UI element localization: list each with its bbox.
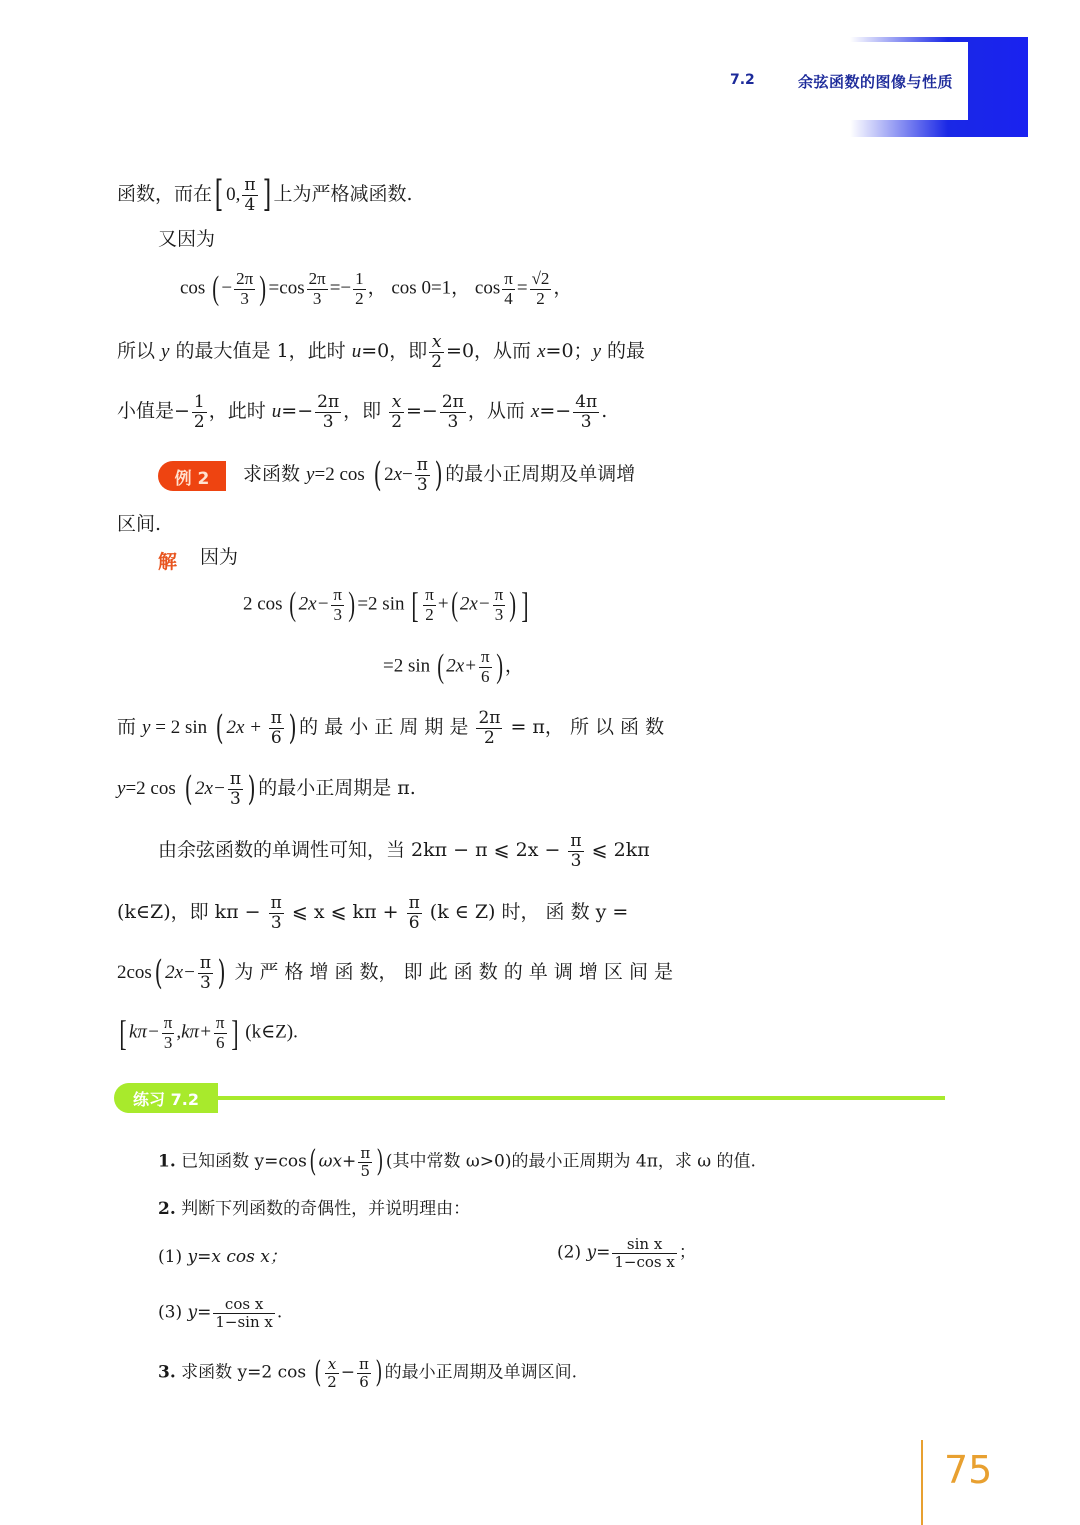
exercise-2-part-2: (2) y=sin x1−cos x； <box>557 1236 696 1270</box>
solution-period-1: 而 y = 2 sin (2x + π6)的 最 小 正 周 期 是 2π2 =… <box>117 709 664 747</box>
exercise-2: 2. 判断下列函数的奇偶性，并说明理由： <box>158 1201 470 1218</box>
text: 函数，而在 <box>117 183 212 205</box>
text: 上为严格减函数. <box>274 183 413 205</box>
solution-intro: 因为 <box>200 548 238 567</box>
solution-label: 解 <box>158 547 177 574</box>
bracket-right: ] <box>262 177 270 213</box>
solution-monotonic-1: 由余弦函数的单调性可知，当 2kπ − π ⩽ 2x − π3 ⩽ 2kπ <box>158 832 650 870</box>
page-number: 75 <box>944 1448 992 1492</box>
text-line-min: 小值是−12，此时 u=−2π3，即 x2=−2π3，从而 x=−4π3. <box>117 393 607 431</box>
example-2-question-cont: 区间. <box>117 515 161 534</box>
example-badge: 例 2 <box>158 461 226 491</box>
bracket-left: [ <box>215 177 223 213</box>
solution-monotonic-2: (k∈Z)，即 kπ − π3 ⩽ x ⩽ kπ + π6 (k ∈ Z) 时，… <box>117 894 628 932</box>
solution-period-2: y=2 cos (2x−π3)的最小正周期是 π. <box>117 770 416 808</box>
solution-monotonic-interval: [kπ−π3,kπ+π6] (k∈Z). <box>117 1014 298 1052</box>
solution-equation-2: =2 sin (2x+π6)， <box>383 648 524 686</box>
example-2-question: 求函数 y=2 cos (2x−π3)的最小正周期及单调增 <box>243 456 635 494</box>
fraction: π4 <box>242 176 257 214</box>
section-number: 7.2 <box>730 72 755 88</box>
text-line-max: 所以 y 的最大值是 1，此时 u=0，即x2=0，从而 x=0；y 的最 <box>117 333 645 371</box>
page-number-rule <box>921 1440 923 1525</box>
solution-equation-1: 2 cos (2x−π3)=2 sin [π2+(2x−π3)] <box>243 586 531 624</box>
exercise-2-part-1: (1) y=x cos x； <box>158 1249 287 1266</box>
exercise-2-part-3: (3) y=cos x1−sin x. <box>158 1296 282 1330</box>
math: 0, <box>226 184 240 205</box>
practice-divider <box>218 1096 945 1100</box>
solution-monotonic-3: 2cos(2x−π3) 为 严 格 增 函 数， 即 此 函 数 的 单 调 增… <box>117 954 673 992</box>
exercise-3: 3. 求函数 y=2 cos (x2−π6)的最小正周期及单调区间. <box>158 1356 577 1390</box>
equation-cos-values: cos (−2π3)=cos2π3=−12， cos 0=1， cosπ4=√2… <box>180 270 572 308</box>
text-line-2: 又因为 <box>158 230 215 249</box>
exercise-1: 1. 已知函数 y=cos(ωx+π5)(其中常数 ω>0)的最小正周期为 4π… <box>158 1145 756 1179</box>
text-line-1: 函数，而在[0,π4]上为严格减函数. <box>117 176 413 214</box>
practice-badge: 练习 7.2 <box>114 1083 218 1113</box>
section-title: 余弦函数的图像与性质 <box>798 71 953 92</box>
